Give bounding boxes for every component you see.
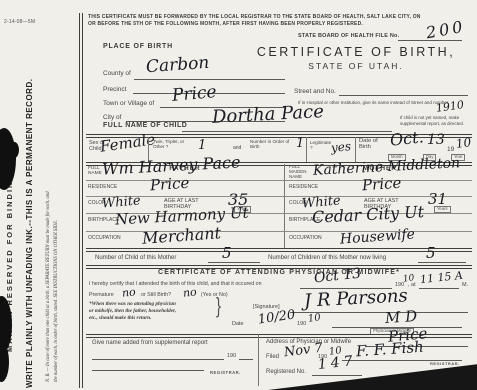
mother-occupation-label: OCCUPATION (289, 236, 322, 242)
row-rule (86, 196, 472, 197)
children-living-value: 5 (426, 245, 436, 262)
physician-note-line3: etc., should make this return. (89, 316, 151, 322)
child-number-line (208, 262, 260, 263)
birth-certificate-scan: 2-14-08—5M MARGIN RESERVED FOR BINDING. … (0, 0, 477, 390)
form-code: 2-14-08—5M (4, 20, 35, 26)
certificate-subtitle: STATE OF UTAH. (240, 62, 472, 72)
certify-time-value: 11 15 A (419, 270, 463, 287)
physician-date-year-hw: 10 (307, 312, 321, 325)
dob-label: Date of Birth (359, 138, 389, 151)
dob-year-printed: 19 (447, 146, 454, 153)
supplemental-text: Give name added from supplemental report (92, 340, 208, 347)
order-label: Number in Order of Birth (250, 139, 292, 149)
child-name-line (182, 131, 392, 132)
physician-date-label: Date (232, 321, 244, 327)
filing-registrar-label: REGISTRAR. (430, 362, 460, 366)
row-rule (86, 180, 472, 181)
certify-m-label: M. (462, 282, 468, 288)
file-number-label: STATE BOARD OF HEALTH FILE No. (298, 33, 399, 39)
unnamed-note-line2: supplemental report, as directed. (400, 122, 464, 127)
certificate-title: CERTIFICATE OF BIRTH, (240, 45, 472, 59)
supplemental-registrar-label: REGISTRAR. (210, 371, 241, 376)
cell-divider (355, 137, 356, 162)
physician-note-line1: *When there was no attending physician (89, 302, 176, 308)
children-living-line (418, 262, 466, 263)
city-label: City of (103, 114, 121, 121)
child-number-label: Number of Child of this Mother (95, 255, 176, 262)
registered-no-label: Registered No. (266, 369, 306, 376)
twin-label: Twin, Triplet, or Other ? (153, 139, 189, 149)
binding-hole-artifact (10, 142, 19, 158)
mother-birthplace-value: Cedar City Ut (312, 203, 425, 227)
physician-date-value: 10/20 (257, 308, 296, 328)
stillbirth-value: no (182, 286, 197, 300)
child-name-label: FULL NAME OF CHILD (103, 122, 187, 130)
county-value: Carbon (145, 54, 210, 77)
file-number-value: 200 (425, 18, 467, 43)
child-number-value: 5 (222, 245, 232, 262)
rule-below-parents (86, 248, 472, 252)
margin-write-plainly-text: WRITE PLAINLY WITH UNFADING INK.--THIS I… (26, 79, 35, 388)
children-living-label: Number of Children of this Mother now li… (268, 255, 386, 262)
twin-value: 1 (198, 139, 206, 154)
mother-residence-value: Price (361, 175, 401, 195)
premature-label: Premature (89, 293, 114, 299)
md-value: M D (384, 308, 417, 327)
physician-note-line2: or midwife, then the father, householder… (89, 309, 176, 315)
mother-residence-label: RESIDENCE (289, 185, 318, 191)
certify-date-value: Oct 13 (313, 267, 362, 288)
registrar-signature-value: F. F. Fish (355, 339, 424, 360)
mother-occupation-value: Housewife (340, 227, 416, 248)
year-annotation: 1910 (435, 99, 464, 115)
physician-date-year-printed: 190 (297, 321, 306, 327)
legitimate-value: yes (330, 140, 351, 155)
precinct-label: Precinct (103, 86, 126, 93)
supplemental-year-printed: 190 (227, 353, 236, 359)
dob-month-value: Oct. (389, 128, 424, 149)
yes-no-label: (Yes or No) (201, 293, 228, 299)
parents-column-divider (284, 164, 285, 249)
dob-year-hw: 10 (455, 136, 472, 151)
town-label: Town or Village of (103, 100, 154, 107)
cell-divider (306, 137, 307, 162)
county-label: County of (103, 70, 131, 77)
header-instruction-line2: OR BEFORE THE 5TH OF THE FOLLOWING MONTH… (88, 22, 363, 28)
town-value: Price (171, 83, 217, 106)
filed-label: Filed (266, 354, 279, 361)
street-line (339, 95, 468, 96)
order-value: 1 (296, 137, 304, 152)
note-brace: } (216, 295, 221, 320)
father-occupation-label: OCCUPATION (88, 236, 121, 242)
header-instruction-line1: THIS CERTIFICATE MUST BE FORWARDED BY TH… (88, 15, 421, 21)
father-residence-value: Price (149, 175, 189, 195)
certify-at-label: , at (408, 282, 416, 288)
father-residence-label: RESIDENCE (88, 185, 117, 191)
margin-divider-rule (79, 13, 83, 388)
mother-years-box: Years (434, 206, 451, 213)
supplemental-line (92, 359, 224, 360)
registered-no-value: 147 (317, 354, 357, 374)
stillbirth-label: or Still Birth? (141, 293, 171, 299)
street-label: Street and No. (294, 88, 336, 95)
margin-nb-note-line2: the number of each, in order of birth, s… (54, 220, 59, 382)
place-of-birth-heading: PLACE OF BIRTH (103, 43, 173, 51)
certify-text: I hereby certify that I attended the bir… (89, 282, 262, 288)
margin-nb-note-line1: N. B. — In case of more than one child a… (46, 191, 51, 382)
and-label: and (233, 146, 241, 152)
supplemental-year-line (239, 359, 253, 360)
footer-column-divider (258, 334, 259, 386)
child-name-value: Dortha Pace (212, 102, 325, 128)
certify-time-line (419, 288, 459, 289)
county-line (134, 79, 285, 80)
registered-no-line (312, 375, 362, 376)
father-occupation-value: Merchant (141, 224, 221, 247)
supplemental-registrar-line (92, 370, 204, 371)
premature-value: no (121, 286, 136, 300)
dob-day-value: 13 (427, 133, 445, 149)
